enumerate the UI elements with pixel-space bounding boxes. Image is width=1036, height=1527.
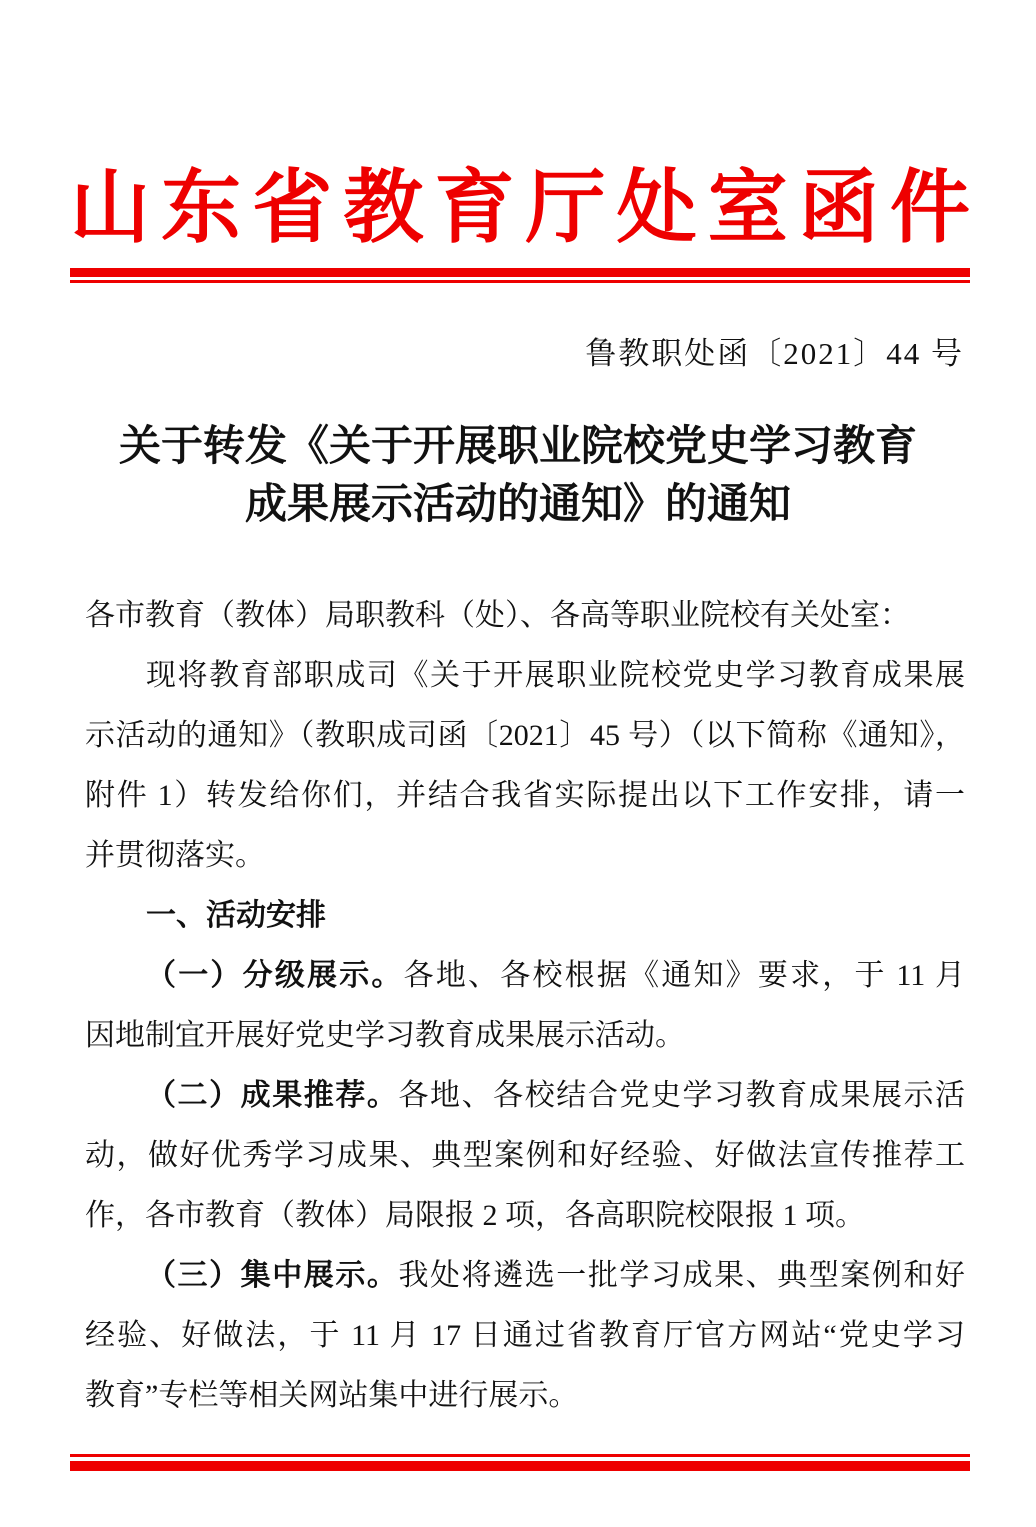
masthead-title: 山东省教育厅处室函件 — [70, 163, 970, 255]
document-page: 山东省教育厅处室函件 鲁教职处函〔2021〕44 号 关于转发《关于开展职业院校… — [0, 0, 1036, 1527]
body-line: （二）成果推荐。各地、各校结合党史学习教育成果展示活 — [85, 1066, 965, 1126]
subsection-lead: （二）成果推荐。 — [146, 1079, 398, 1112]
doc-number: 鲁教职处函〔2021〕44 号 — [585, 328, 964, 373]
body-line: 附件 1）转发给你们，并结合我省实际提出以下工作安排，请一 — [85, 766, 965, 826]
section-heading: 一、活动安排 — [85, 886, 965, 946]
body-line: （三）集中展示。我处将遴选一批学习成果、典型案例和好 — [85, 1246, 965, 1306]
header-rule-thick — [70, 268, 970, 277]
document-title-line2: 成果展示活动的通知》的通知 — [0, 476, 1036, 534]
body-line: 因地制宜开展好党史学习教育成果展示活动。 — [85, 1006, 965, 1066]
body-line: 动，做好优秀学习成果、典型案例和好经验、好做法宣传推荐工 — [85, 1126, 965, 1186]
body-line: 示活动的通知》（教职成司函〔2021〕45 号）（以下简称《通知》， — [85, 706, 965, 766]
body-line: 并贯彻落实。 — [85, 826, 965, 886]
salutation: 各市教育（教体）局职教科（处）、各高等职业院校有关处室： — [85, 586, 965, 646]
header-rule-thin — [70, 280, 970, 283]
footer-rule-thick — [70, 1461, 970, 1471]
body-line: 现将教育部职成司《关于开展职业院校党史学习教育成果展 — [85, 646, 965, 706]
body-line: 经验、好做法，于 11 月 17 日通过省教育厅官方网站“党史学习 — [85, 1306, 965, 1366]
body-line: 作，各市教育（教体）局限报 2 项，各高职院校限报 1 项。 — [85, 1186, 965, 1246]
document-title-line1: 关于转发《关于开展职业院校党史学习教育 — [0, 418, 1036, 476]
document-title: 关于转发《关于开展职业院校党史学习教育 成果展示活动的通知》的通知 — [0, 418, 1036, 534]
subsection-lead: （一）分级展示。 — [146, 959, 404, 992]
subsection-lead: （三）集中展示。 — [146, 1259, 398, 1292]
document-body: 各市教育（教体）局职教科（处）、各高等职业院校有关处室： 现将教育部职成司《关于… — [85, 586, 965, 1426]
footer-rule-thin — [70, 1454, 970, 1457]
body-line: 教育”专栏等相关网站集中进行展示。 — [85, 1366, 965, 1426]
body-line: （一）分级展示。各地、各校根据《通知》要求，于 11 月 — [85, 946, 965, 1006]
